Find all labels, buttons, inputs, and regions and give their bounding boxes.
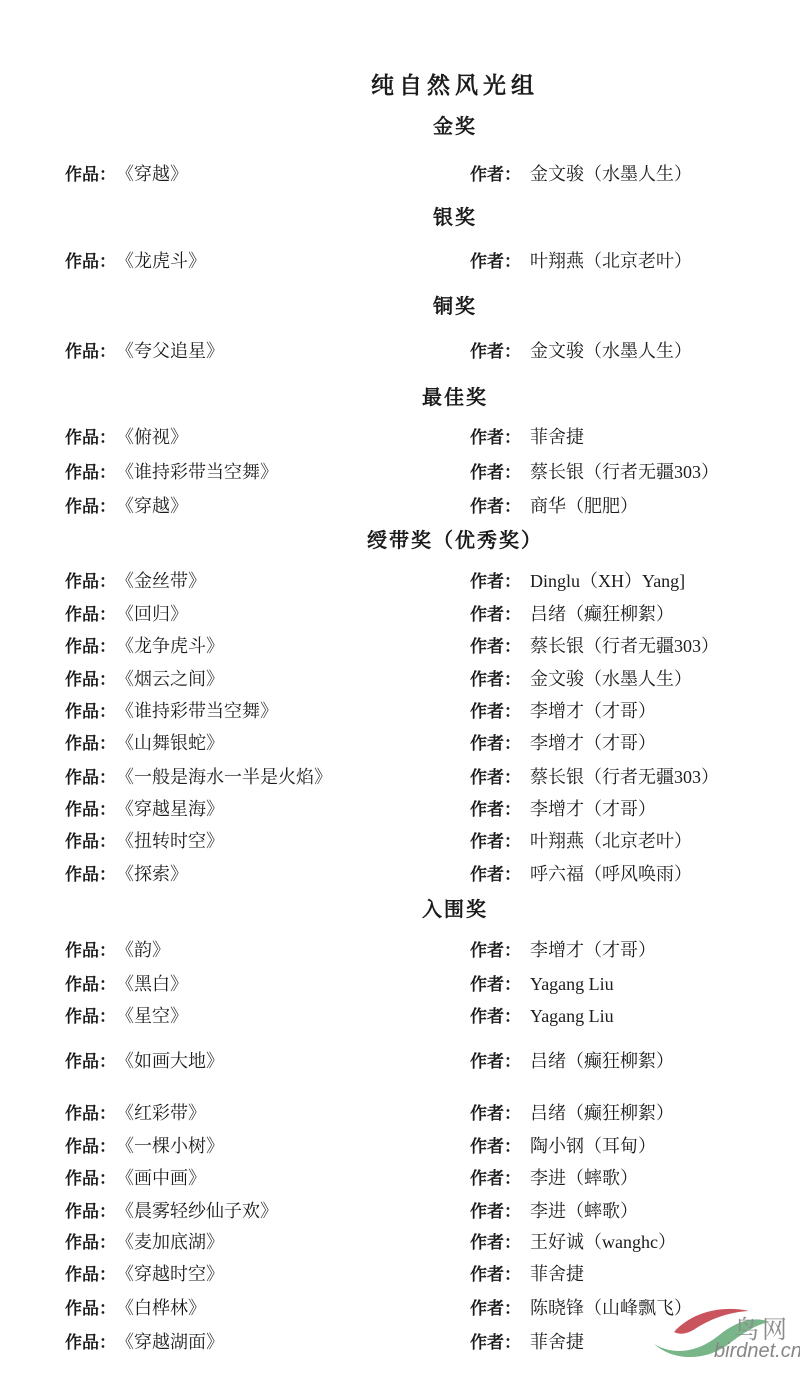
author-name: 金文骏（水墨人生）: [530, 341, 692, 361]
work-title: 《如画大地》: [125, 1051, 224, 1071]
author-label: 作者：: [470, 832, 521, 851]
award-row: 作品：《探索》作者：呼六福（呼风唤雨）: [0, 858, 800, 891]
author-label: 作者：: [470, 1202, 521, 1221]
author-label: 作者：: [470, 670, 521, 689]
work-label: 作品：: [65, 800, 116, 819]
award-row: 作品：《麦加底湖》作者：王好诚（wanghc）: [0, 1226, 800, 1259]
work-label: 作品：: [65, 832, 116, 851]
work-title: 《穿越时空》: [125, 1264, 224, 1284]
work-entry: 作品：《夸父追星》: [65, 335, 224, 369]
work-label: 作品：: [65, 1233, 116, 1252]
work-entry: 作品：《穿越湖面》: [65, 1326, 224, 1360]
author-entry: 作者：呼六福（呼风唤雨）: [470, 858, 692, 892]
author-label: 作者：: [470, 1299, 521, 1318]
author-label: 作者：: [470, 800, 521, 819]
work-label: 作品：: [65, 497, 116, 516]
award-row: 作品：《穿越》作者：商华（肥肥）: [0, 490, 800, 523]
work-entry: 作品：《一般是海水一半是火焰》: [65, 761, 332, 795]
work-title: 《穿越湖面》: [125, 1332, 224, 1352]
author-label: 作者：: [470, 463, 521, 482]
author-label: 作者：: [470, 1169, 521, 1188]
work-entry: 作品：《扭转时空》: [65, 825, 224, 859]
work-entry: 作品：《韵》: [65, 934, 170, 968]
author-label: 作者：: [470, 1052, 521, 1071]
section-heading: 金奖: [110, 110, 800, 144]
work-entry: 作品：《红彩带》: [65, 1097, 206, 1131]
author-name: Yagang Liu: [530, 1006, 614, 1026]
watermark-logo: 鸟网 birdnet.cn: [648, 1296, 800, 1376]
author-label: 作者：: [470, 342, 521, 361]
author-name: 叶翔燕（北京老叶）: [530, 831, 692, 851]
work-title: 《晨雾轻纱仙子欢》: [125, 1201, 278, 1221]
work-label: 作品：: [65, 1265, 116, 1284]
watermark-site-url: birdnet.cn: [714, 1340, 800, 1363]
section-heading: 入围奖: [110, 893, 800, 927]
document-page: 纯自然风光组 金奖作品：《穿越》作者：金文骏（水墨人生）银奖作品：《龙虎斗》作者…: [0, 0, 800, 1379]
work-entry: 作品：《金丝带》: [65, 565, 206, 599]
author-label: 作者：: [470, 1007, 521, 1026]
work-title: 《山舞银蛇》: [125, 733, 224, 753]
work-label: 作品：: [65, 637, 116, 656]
author-entry: 作者：吕绪（癫狂柳絮）: [470, 598, 674, 632]
work-label: 作品：: [65, 165, 116, 184]
author-entry: 作者：Yagang Liu: [470, 968, 614, 1002]
work-entry: 作品：《穿越时空》: [65, 1258, 224, 1292]
award-row: 作品：《星空》作者：Yagang Liu: [0, 1000, 800, 1033]
award-row: 作品：《黑白》作者：Yagang Liu: [0, 968, 800, 1001]
author-label: 作者：: [470, 1104, 521, 1123]
award-row: 作品：《晨雾轻纱仙子欢》作者：李进（蟀歌）: [0, 1195, 800, 1228]
author-entry: 作者：菲舍捷: [470, 1326, 584, 1360]
author-entry: 作者：叶翔燕（北京老叶）: [470, 825, 692, 859]
work-label: 作品：: [65, 428, 116, 447]
author-name: 李增才（才哥）: [530, 940, 656, 960]
section-heading: 银奖: [110, 201, 800, 235]
award-row: 作品：《谁持彩带当空舞》作者：李增才（才哥）: [0, 695, 800, 728]
author-name: 菲舍捷: [530, 427, 584, 447]
work-entry: 作品：《白桦林》: [65, 1292, 206, 1326]
author-name: 李增才（才哥）: [530, 799, 656, 819]
work-entry: 作品：《山舞银蛇》: [65, 727, 224, 761]
award-row: 作品：《龙虎斗》作者：叶翔燕（北京老叶）: [0, 245, 800, 278]
author-name: 金文骏（水墨人生）: [530, 669, 692, 689]
work-label: 作品：: [65, 1202, 116, 1221]
work-entry: 作品：《龙争虎斗》: [65, 630, 224, 664]
work-title: 《金丝带》: [125, 571, 206, 591]
author-entry: 作者：吕绪（癫狂柳絮）: [470, 1097, 674, 1131]
author-name: 吕绪（癫狂柳絮）: [530, 1051, 674, 1071]
work-title: 《扭转时空》: [125, 831, 224, 851]
award-row: 作品：《回归》作者：吕绪（癫狂柳絮）: [0, 598, 800, 631]
author-label: 作者：: [470, 637, 521, 656]
author-label: 作者：: [470, 865, 521, 884]
work-entry: 作品：《黑白》: [65, 968, 188, 1002]
author-name: 李进（蟀歌）: [530, 1168, 638, 1188]
work-title: 《一棵小树》: [125, 1136, 224, 1156]
author-name: 李增才（才哥）: [530, 701, 656, 721]
author-name: 菲舍捷: [530, 1332, 584, 1352]
work-title: 《画中画》: [125, 1168, 206, 1188]
work-title: 《谁持彩带当空舞》: [125, 462, 278, 482]
author-label: 作者：: [470, 941, 521, 960]
author-entry: 作者：李增才（才哥）: [470, 793, 656, 827]
author-entry: 作者：金文骏（水墨人生）: [470, 663, 692, 697]
award-row: 作品：《龙争虎斗》作者：蔡长银（行者无疆303）: [0, 630, 800, 663]
work-title: 《探索》: [125, 864, 188, 884]
author-label: 作者：: [470, 605, 521, 624]
award-row: 作品：《谁持彩带当空舞》作者：蔡长银（行者无疆303）: [0, 456, 800, 489]
author-label: 作者：: [470, 1137, 521, 1156]
author-label: 作者：: [470, 497, 521, 516]
work-label: 作品：: [65, 463, 116, 482]
award-row: 作品：《烟云之间》作者：金文骏（水墨人生）: [0, 663, 800, 696]
work-label: 作品：: [65, 1299, 116, 1318]
work-entry: 作品：《麦加底湖》: [65, 1226, 224, 1260]
work-entry: 作品：《穿越星海》: [65, 793, 224, 827]
work-title: 《黑白》: [125, 974, 188, 994]
author-name: 李增才（才哥）: [530, 733, 656, 753]
section-heading: 绶带奖（优秀奖）: [110, 524, 800, 558]
work-entry: 作品：《星空》: [65, 1000, 188, 1034]
author-entry: 作者：叶翔燕（北京老叶）: [470, 245, 692, 279]
work-entry: 作品：《探索》: [65, 858, 188, 892]
work-entry: 作品：《如画大地》: [65, 1045, 224, 1079]
work-title: 《星空》: [125, 1006, 188, 1026]
work-entry: 作品：《晨雾轻纱仙子欢》: [65, 1195, 278, 1229]
work-title: 《韵》: [125, 940, 170, 960]
work-entry: 作品：《穿越》: [65, 158, 188, 192]
author-name: 蔡长银（行者无疆303）: [530, 636, 719, 656]
work-title: 《烟云之间》: [125, 669, 224, 689]
author-entry: 作者：李增才（才哥）: [470, 695, 656, 729]
author-name: 吕绪（癫狂柳絮）: [530, 1103, 674, 1123]
work-title: 《俯视》: [125, 427, 188, 447]
award-row: 作品：《俯视》作者：菲舍捷: [0, 421, 800, 454]
work-title: 《谁持彩带当空舞》: [125, 701, 278, 721]
author-name: 李进（蟀歌）: [530, 1201, 638, 1221]
author-entry: 作者：商华（肥肥）: [470, 490, 638, 524]
work-label: 作品：: [65, 768, 116, 787]
award-row: 作品：《如画大地》作者：吕绪（癫狂柳絮）: [0, 1045, 800, 1078]
work-entry: 作品：《一棵小树》: [65, 1130, 224, 1164]
author-entry: 作者：蔡长银（行者无疆303）: [470, 456, 719, 490]
work-entry: 作品：《穿越》: [65, 490, 188, 524]
work-title: 《龙争虎斗》: [125, 636, 224, 656]
author-label: 作者：: [470, 1233, 521, 1252]
author-name: 叶翔燕（北京老叶）: [530, 251, 692, 271]
work-title: 《穿越》: [125, 496, 188, 516]
author-name: 金文骏（水墨人生）: [530, 164, 692, 184]
award-row: 作品：《一般是海水一半是火焰》作者：蔡长银（行者无疆303）: [0, 761, 800, 794]
author-entry: 作者：陶小钢（耳甸）: [470, 1130, 656, 1164]
author-name: 呼六福（呼风唤雨）: [530, 864, 692, 884]
author-label: 作者：: [470, 252, 521, 271]
author-label: 作者：: [470, 1265, 521, 1284]
work-label: 作品：: [65, 252, 116, 271]
award-row: 作品：《穿越星海》作者：李增才（才哥）: [0, 793, 800, 826]
author-label: 作者：: [470, 572, 521, 591]
author-name: 王好诚（wanghc）: [530, 1232, 676, 1252]
author-name: Dinglu（XH）Yang]: [530, 571, 685, 591]
author-entry: 作者：吕绪（癫狂柳絮）: [470, 1045, 674, 1079]
author-entry: 作者：菲舍捷: [470, 421, 584, 455]
award-row: 作品：《穿越时空》作者：菲舍捷: [0, 1258, 800, 1291]
author-entry: 作者：李增才（才哥）: [470, 727, 656, 761]
work-label: 作品：: [65, 734, 116, 753]
work-title: 《一般是海水一半是火焰》: [125, 767, 332, 787]
work-label: 作品：: [65, 865, 116, 884]
work-label: 作品：: [65, 702, 116, 721]
work-label: 作品：: [65, 941, 116, 960]
author-entry: 作者：Yagang Liu: [470, 1000, 614, 1034]
author-entry: 作者：金文骏（水墨人生）: [470, 335, 692, 369]
author-label: 作者：: [470, 165, 521, 184]
author-label: 作者：: [470, 428, 521, 447]
work-label: 作品：: [65, 1169, 116, 1188]
author-label: 作者：: [470, 975, 521, 994]
work-title: 《回归》: [125, 604, 188, 624]
work-entry: 作品：《画中画》: [65, 1162, 206, 1196]
work-label: 作品：: [65, 1104, 116, 1123]
award-row: 作品：《韵》作者：李增才（才哥）: [0, 934, 800, 967]
award-row: 作品：《穿越》作者：金文骏（水墨人生）: [0, 158, 800, 191]
work-title: 《穿越》: [125, 164, 188, 184]
author-name: 蔡长银（行者无疆303）: [530, 767, 719, 787]
work-label: 作品：: [65, 1137, 116, 1156]
section-heading: 最佳奖: [110, 381, 800, 415]
award-row: 作品：《山舞银蛇》作者：李增才（才哥）: [0, 727, 800, 760]
work-entry: 作品：《俯视》: [65, 421, 188, 455]
work-title: 《麦加底湖》: [125, 1232, 224, 1252]
author-label: 作者：: [470, 1333, 521, 1352]
award-row: 作品：《夸父追星》作者：金文骏（水墨人生）: [0, 335, 800, 368]
author-entry: 作者：蔡长银（行者无疆303）: [470, 761, 719, 795]
award-row: 作品：《画中画》作者：李进（蟀歌）: [0, 1162, 800, 1195]
author-entry: 作者：金文骏（水墨人生）: [470, 158, 692, 192]
author-entry: 作者：菲舍捷: [470, 1258, 584, 1292]
work-title: 《龙虎斗》: [125, 251, 206, 271]
author-label: 作者：: [470, 734, 521, 753]
work-label: 作品：: [65, 975, 116, 994]
work-title: 《穿越星海》: [125, 799, 224, 819]
work-title: 《白桦林》: [125, 1298, 206, 1318]
author-name: 商华（肥肥）: [530, 496, 638, 516]
author-entry: 作者：王好诚（wanghc）: [470, 1226, 676, 1260]
award-row: 作品：《一棵小树》作者：陶小钢（耳甸）: [0, 1130, 800, 1163]
award-row: 作品：《红彩带》作者：吕绪（癫狂柳絮）: [0, 1097, 800, 1130]
author-entry: 作者：李进（蟀歌）: [470, 1195, 638, 1229]
author-entry: 作者：Dinglu（XH）Yang]: [470, 565, 685, 599]
work-label: 作品：: [65, 670, 116, 689]
work-label: 作品：: [65, 1333, 116, 1352]
work-entry: 作品：《谁持彩带当空舞》: [65, 456, 278, 490]
section-heading: 铜奖: [110, 290, 800, 324]
work-title: 《红彩带》: [125, 1103, 206, 1123]
work-entry: 作品：《谁持彩带当空舞》: [65, 695, 278, 729]
author-name: Yagang Liu: [530, 974, 614, 994]
author-name: 陶小钢（耳甸）: [530, 1136, 656, 1156]
work-entry: 作品：《回归》: [65, 598, 188, 632]
work-label: 作品：: [65, 605, 116, 624]
work-label: 作品：: [65, 572, 116, 591]
work-label: 作品：: [65, 342, 116, 361]
work-entry: 作品：《龙虎斗》: [65, 245, 206, 279]
author-entry: 作者：李增才（才哥）: [470, 934, 656, 968]
author-name: 吕绪（癫狂柳絮）: [530, 604, 674, 624]
award-row: 作品：《扭转时空》作者：叶翔燕（北京老叶）: [0, 825, 800, 858]
work-label: 作品：: [65, 1052, 116, 1071]
author-label: 作者：: [470, 702, 521, 721]
work-entry: 作品：《烟云之间》: [65, 663, 224, 697]
work-label: 作品：: [65, 1007, 116, 1026]
author-name: 菲舍捷: [530, 1264, 584, 1284]
author-name: 蔡长银（行者无疆303）: [530, 462, 719, 482]
author-label: 作者：: [470, 768, 521, 787]
page-title: 纯自然风光组: [110, 68, 800, 102]
author-entry: 作者：蔡长银（行者无疆303）: [470, 630, 719, 664]
award-row: 作品：《金丝带》作者：Dinglu（XH）Yang]: [0, 565, 800, 598]
author-entry: 作者：李进（蟀歌）: [470, 1162, 638, 1196]
work-title: 《夸父追星》: [125, 341, 224, 361]
